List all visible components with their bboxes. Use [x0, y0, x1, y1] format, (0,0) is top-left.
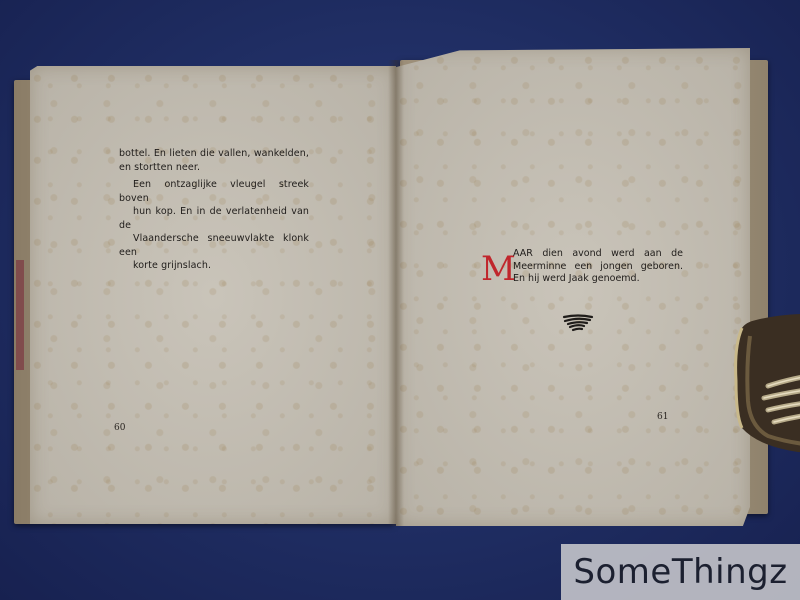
page-number-right: 61 [657, 412, 668, 422]
brass-paperweight [728, 306, 800, 456]
book-gutter [388, 60, 404, 526]
text-line: Vlaandersche sneeuwvlakte klonk een [119, 232, 309, 259]
text-line: korte grijnslach. [119, 259, 309, 273]
photo-scene: bottel. En lieten die vallen, wankelden,… [0, 0, 800, 600]
watermark-text: SomeThingz [573, 552, 787, 592]
drop-cap-letter: M [481, 252, 516, 286]
left-page [30, 66, 396, 524]
book-spine-edge [16, 260, 24, 370]
left-page-text: bottel. En lieten die vallen, wankelden,… [119, 147, 309, 273]
page-number-left: 60 [114, 423, 125, 433]
text-line: Een ontzaglijke vleugel streek boven [119, 178, 309, 205]
right-page [396, 48, 750, 526]
text-line: bottel. En lieten die vallen, wankelden, [119, 147, 309, 161]
paragraph-1: bottel. En lieten die vallen, wankelden,… [119, 147, 309, 174]
scribble-ornament-icon [560, 312, 596, 334]
text-line: En hij werd Jaak genoemd. [513, 273, 683, 286]
paragraph-2: Een ontzaglijke vleugel streek boven hun… [119, 178, 309, 273]
text-line: AAR dien avond werd aan de [513, 248, 683, 261]
text-line: hun kop. En in de verlatenheid van de [119, 205, 309, 232]
text-line: en stortten neer. [119, 161, 309, 175]
text-line: Meerminne een jongen geboren. [513, 261, 683, 274]
watermark: SomeThingz [561, 544, 800, 600]
right-page-text: AAR dien avond werd aan de Meerminne een… [513, 248, 683, 286]
